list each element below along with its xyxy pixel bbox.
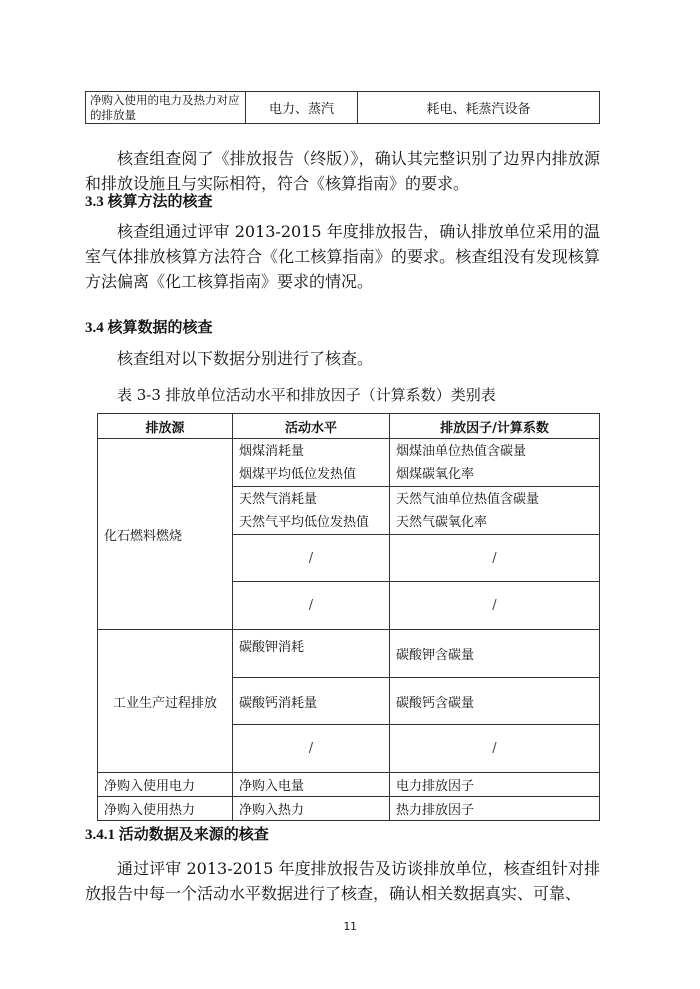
table-header-row: 排放源 活动水平 排放因子/计算系数	[98, 414, 600, 439]
heading-text: 活动数据及来源的核查	[119, 825, 269, 843]
table-cell: 净购入使用的电力及热力对应的排放量	[86, 92, 246, 124]
activity-cell: 天然气消耗量 天然气平均低位发热值	[233, 487, 390, 535]
section-heading-3-3: 3.3 核算方法的核查	[85, 190, 213, 211]
activity-cell: /	[233, 535, 390, 582]
table-row: 工业生产过程排放 碳酸钾消耗 碳酸钾含碳量	[98, 630, 600, 678]
factor-cell: 碳酸钙含碳量	[390, 678, 600, 725]
heading-text: 核算方法的核查	[108, 192, 213, 210]
column-header: 排放源	[98, 414, 233, 439]
cell-line: 天然气油单位热值含碳量	[396, 488, 593, 511]
paragraph: 通过评审 2013-2015 年度排放报告及访谈排放单位，核查组针对排放报告中每…	[85, 856, 600, 906]
activity-cell: 碳酸钙消耗量	[233, 678, 390, 725]
heading-number: 3.4.1	[85, 827, 115, 843]
heading-number: 3.3	[85, 194, 104, 210]
section-heading-3-4: 3.4 核算数据的核查	[85, 316, 213, 337]
source-cell: 净购入使用电力	[98, 773, 233, 797]
heading-number: 3.4	[85, 320, 104, 336]
activity-cell: 烟煤消耗量 烟煤平均低位发热值	[233, 439, 390, 487]
factor-cell: 烟煤油单位热值含碳量 烟煤碳氧化率	[390, 439, 600, 487]
section-heading-3-4-1: 3.4.1 活动数据及来源的核查	[85, 823, 269, 844]
factor-cell: 天然气油单位热值含碳量 天然气碳氧化率	[390, 487, 600, 535]
factor-cell: 碳酸钾含碳量	[390, 630, 600, 678]
cell-line: 天然气平均低位发热值	[239, 511, 383, 534]
paragraph: 核查组查阅了《排放报告（终版）》，确认其完整识别了边界内排放源和排放设施且与实际…	[85, 146, 600, 196]
cell-line: 烟煤碳氧化率	[396, 463, 593, 486]
cell-line: 烟煤消耗量	[239, 440, 383, 463]
activity-cell: /	[233, 582, 390, 630]
column-header: 排放因子/计算系数	[390, 414, 600, 439]
cell-line: 天然气消耗量	[239, 488, 383, 511]
factor-cell: /	[390, 725, 600, 773]
factor-cell: /	[390, 582, 600, 630]
heading-text: 核算数据的核查	[108, 318, 213, 336]
table-caption: 表 3-3 排放单位活动水平和排放因子（计算系数）类别表	[117, 384, 496, 405]
source-cell: 净购入使用热力	[98, 797, 233, 821]
cell-line: 烟煤平均低位发热值	[239, 463, 383, 486]
source-cell: 化石燃料燃烧	[98, 439, 233, 630]
table-row: 化石燃料燃烧 烟煤消耗量 烟煤平均低位发热值 烟煤油单位热值含碳量 烟煤碳氧化率	[98, 439, 600, 487]
factor-cell: /	[390, 535, 600, 582]
emission-category-table: 排放源 活动水平 排放因子/计算系数 化石燃料燃烧 烟煤消耗量 烟煤平均低位发热…	[97, 413, 600, 821]
factor-cell: 热力排放因子	[390, 797, 600, 821]
paragraph: 核查组对以下数据分别进行了核查。	[85, 346, 600, 371]
table-cell: 电力、蒸汽	[246, 92, 358, 124]
page-number: 11	[0, 920, 700, 933]
column-header: 活动水平	[233, 414, 390, 439]
table-row: 净购入使用电力 净购入电量 电力排放因子	[98, 773, 600, 797]
activity-cell: 净购入电量	[233, 773, 390, 797]
table-cell: 耗电、耗蒸汽设备	[358, 92, 600, 124]
activity-cell: /	[233, 725, 390, 773]
table-row: 净购入使用热力 净购入热力 热力排放因子	[98, 797, 600, 821]
boundary-table: 净购入使用的电力及热力对应的排放量 电力、蒸汽 耗电、耗蒸汽设备	[85, 91, 600, 124]
activity-cell: 净购入热力	[233, 797, 390, 821]
cell-line: 烟煤油单位热值含碳量	[396, 440, 593, 463]
source-cell: 工业生产过程排放	[98, 630, 233, 773]
activity-cell: 碳酸钾消耗	[233, 630, 390, 678]
paragraph: 核查组通过评审 2013-2015 年度排放报告，确认排放单位采用的温室气体排放…	[85, 219, 600, 294]
table-row: 净购入使用的电力及热力对应的排放量 电力、蒸汽 耗电、耗蒸汽设备	[86, 92, 600, 124]
factor-cell: 电力排放因子	[390, 773, 600, 797]
cell-line: 天然气碳氧化率	[396, 511, 593, 534]
